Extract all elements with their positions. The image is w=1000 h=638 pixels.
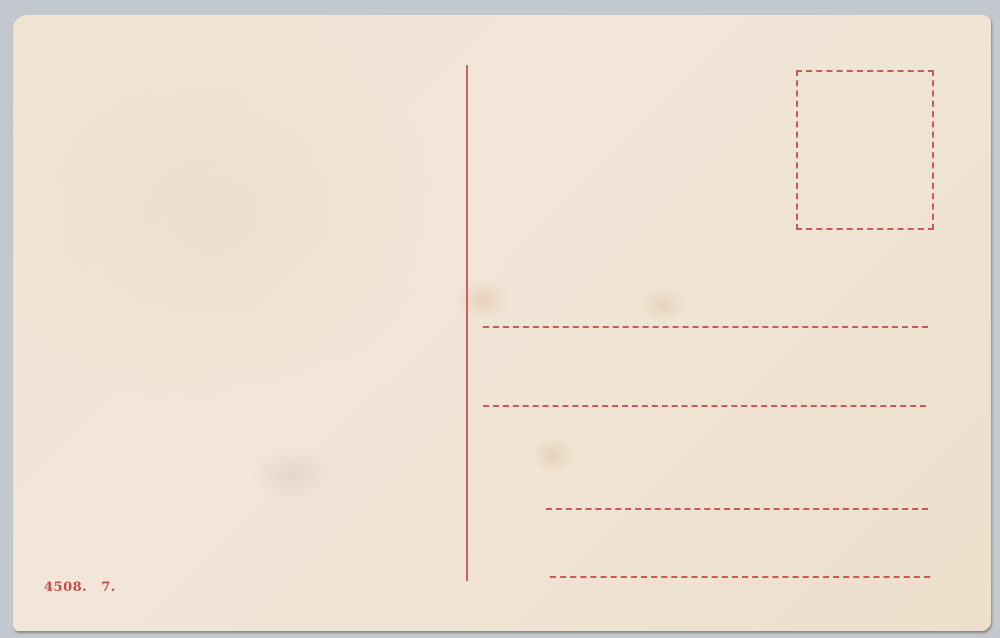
message-address-divider: [466, 65, 468, 581]
address-line-2: [483, 405, 926, 407]
address-line-4: [550, 576, 930, 578]
stamp-box: [796, 70, 934, 230]
print-series-number: 7.: [101, 580, 116, 595]
address-line-3: [546, 508, 928, 510]
address-line-1: [483, 326, 928, 328]
print-code-number: 4508.: [44, 580, 87, 595]
print-code: 4508.7.: [44, 580, 130, 595]
postcard-back: 4508.7.: [13, 15, 991, 631]
